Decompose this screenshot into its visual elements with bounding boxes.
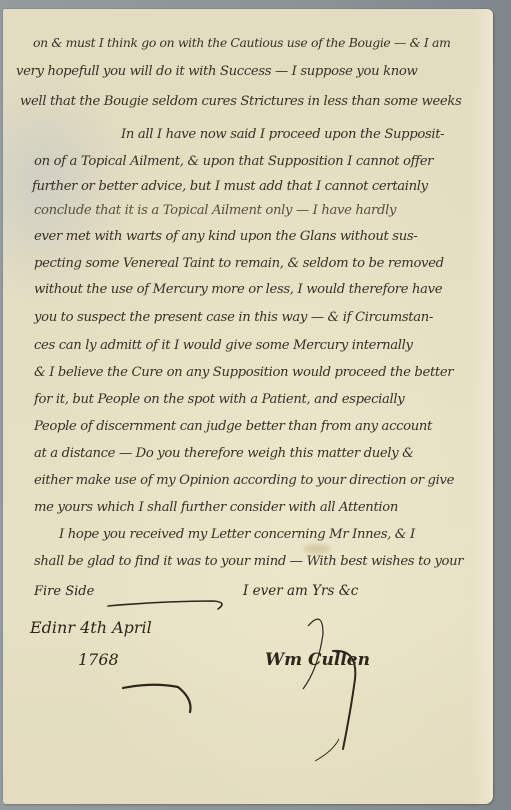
letter-line: at a distance — Do you therefore weigh t… xyxy=(34,446,414,461)
valediction: I ever am Yrs &c xyxy=(243,583,358,599)
letter-line: well that the Bougie seldom cures Strict… xyxy=(20,94,461,109)
document-viewer: on & must I think go on with the Cautiou… xyxy=(0,0,511,810)
place-date: Edinr 4th April xyxy=(30,618,152,637)
letter-line: further or better advice, but I must add… xyxy=(32,179,428,194)
letter-line: pecting some Venereal Taint to remain, &… xyxy=(34,256,444,271)
letter-line: I hope you received my Letter concerning… xyxy=(59,527,415,542)
letter-line: People of discernment can judge better t… xyxy=(34,419,432,434)
letter-line: ces can ly admitt of it I would give som… xyxy=(34,338,413,353)
letter-line: on & must I think go on with the Cautiou… xyxy=(33,35,450,50)
letter-line: ever met with warts of any kind upon the… xyxy=(34,229,417,244)
letter-line: & I believe the Cure on any Supposition … xyxy=(34,365,453,380)
letter-line: very hopefull you will do it with Succes… xyxy=(16,64,417,79)
letter-line: you to suspect the present case in this … xyxy=(34,310,433,325)
fire-side-note: Fire Side xyxy=(34,584,94,599)
letter-line: shall be glad to find it was to your min… xyxy=(34,554,463,569)
letter-line: In all I have now said I proceed upon th… xyxy=(121,127,444,142)
signature: Wm Cullen xyxy=(265,650,370,670)
letter-line: for it, but People on the spot with a Pa… xyxy=(34,392,404,407)
paper-stain xyxy=(303,544,331,554)
letter-page: on & must I think go on with the Cautiou… xyxy=(3,9,493,804)
year: 1768 xyxy=(78,650,119,669)
letter-line: conclude that it is a Topical Ailment on… xyxy=(34,203,396,218)
letter-line: either make use of my Opinion according … xyxy=(34,473,454,488)
letter-line: me yours which I shall further consider … xyxy=(34,500,398,515)
letter-line: on of a Topical Ailment, & upon that Sup… xyxy=(34,154,433,169)
letter-line: without the use of Mercury more or less,… xyxy=(34,282,442,297)
